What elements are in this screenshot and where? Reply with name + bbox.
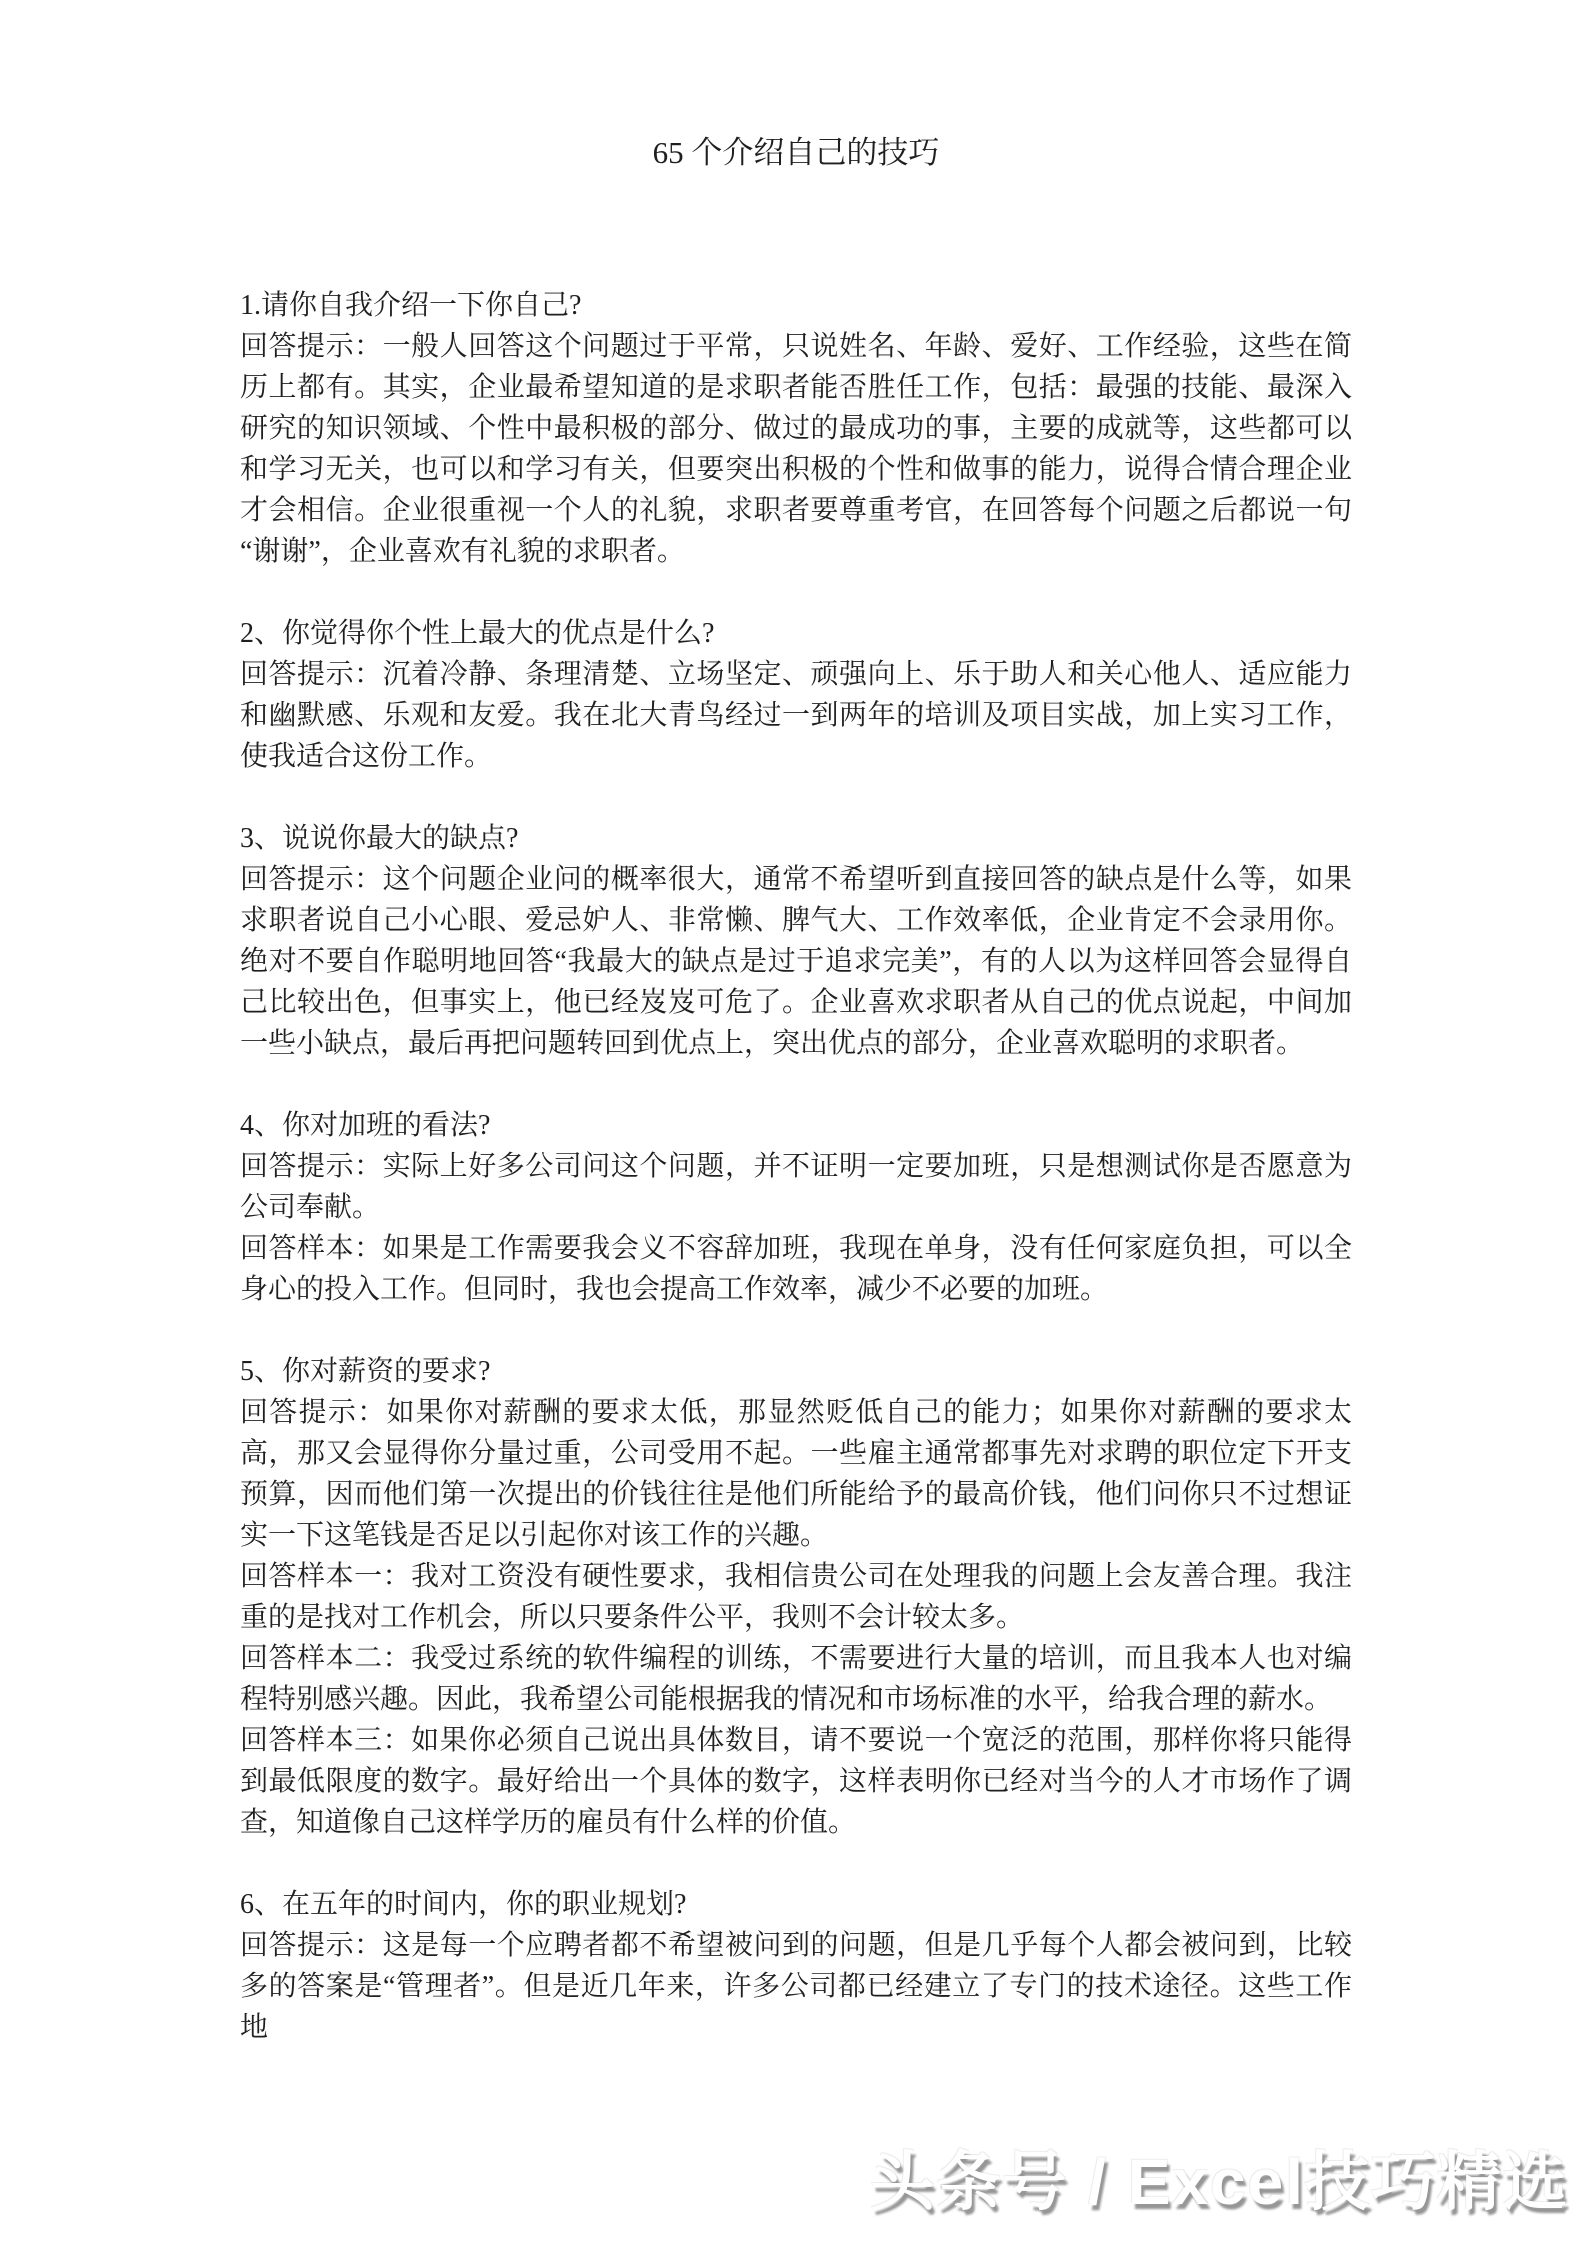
question-heading: 3、说说你最大的缺点? <box>240 818 1352 859</box>
watermark: 头条号 / Excel技巧精选 <box>870 2131 1569 2223</box>
qa-section: 1.请你自我介绍一下你自己?回答提示：一般人回答这个问题过于平常，只说姓名、年龄… <box>240 285 1352 572</box>
answer-paragraph: 回答提示：这是每一个应聘者都不希望被问到的问题，但是几乎每个人都会被问到，比较多… <box>240 1925 1352 2048</box>
answer-paragraph: 回答提示：如果你对薪酬的要求太低，那显然贬低自己的能力；如果你对薪酬的要求太高，… <box>240 1392 1352 1556</box>
question-heading: 4、你对加班的看法? <box>240 1105 1352 1146</box>
question-heading: 1.请你自我介绍一下你自己? <box>240 285 1352 326</box>
question-heading: 5、你对薪资的要求? <box>240 1351 1352 1392</box>
answer-paragraph: 回答样本二：我受过系统的软件编程的训练，不需要进行大量的培训，而且我本人也对编程… <box>240 1638 1352 1720</box>
qa-section: 3、说说你最大的缺点?回答提示：这个问题企业问的概率很大，通常不希望听到直接回答… <box>240 818 1352 1064</box>
qa-section: 5、你对薪资的要求?回答提示：如果你对薪酬的要求太低，那显然贬低自己的能力；如果… <box>240 1351 1352 1843</box>
qa-section: 6、在五年的时间内，你的职业规划?回答提示：这是每一个应聘者都不希望被问到的问题… <box>240 1884 1352 2048</box>
answer-paragraph: 回答提示：这个问题企业问的概率很大，通常不希望听到直接回答的缺点是什么等，如果求… <box>240 859 1352 1064</box>
answer-paragraph: 回答提示：沉着冷静、条理清楚、立场坚定、顽强向上、乐于助人和关心他人、适应能力和… <box>240 654 1352 777</box>
answer-paragraph: 回答提示：一般人回答这个问题过于平常，只说姓名、年龄、爱好、工作经验，这些在简历… <box>240 326 1352 572</box>
document-content: 65 个介绍自己的技巧 1.请你自我介绍一下你自己?回答提示：一般人回答这个问题… <box>240 132 1352 2048</box>
answer-paragraph: 回答提示：实际上好多公司问这个问题，并不证明一定要加班，只是想测试你是否愿意为公… <box>240 1146 1352 1228</box>
answer-paragraph: 回答样本一：我对工资没有硬性要求，我相信贵公司在处理我的问题上会友善合理。我注重… <box>240 1556 1352 1638</box>
qa-section: 2、你觉得你个性上最大的优点是什么?回答提示：沉着冷静、条理清楚、立场坚定、顽强… <box>240 613 1352 777</box>
answer-paragraph: 回答样本三：如果你必须自己说出具体数目，请不要说一个宽泛的范围，那样你将只能得到… <box>240 1720 1352 1843</box>
question-heading: 2、你觉得你个性上最大的优点是什么? <box>240 613 1352 654</box>
qa-section: 4、你对加班的看法?回答提示：实际上好多公司问这个问题，并不证明一定要加班，只是… <box>240 1105 1352 1310</box>
question-heading: 6、在五年的时间内，你的职业规划? <box>240 1884 1352 1925</box>
sections: 1.请你自我介绍一下你自己?回答提示：一般人回答这个问题过于平常，只说姓名、年龄… <box>240 285 1352 2048</box>
answer-paragraph: 回答样本：如果是工作需要我会义不容辞加班，我现在单身，没有任何家庭负担，可以全身… <box>240 1228 1352 1310</box>
page-title: 65 个介绍自己的技巧 <box>240 132 1352 173</box>
document-page: 65 个介绍自己的技巧 1.请你自我介绍一下你自己?回答提示：一般人回答这个问题… <box>0 0 1587 2245</box>
